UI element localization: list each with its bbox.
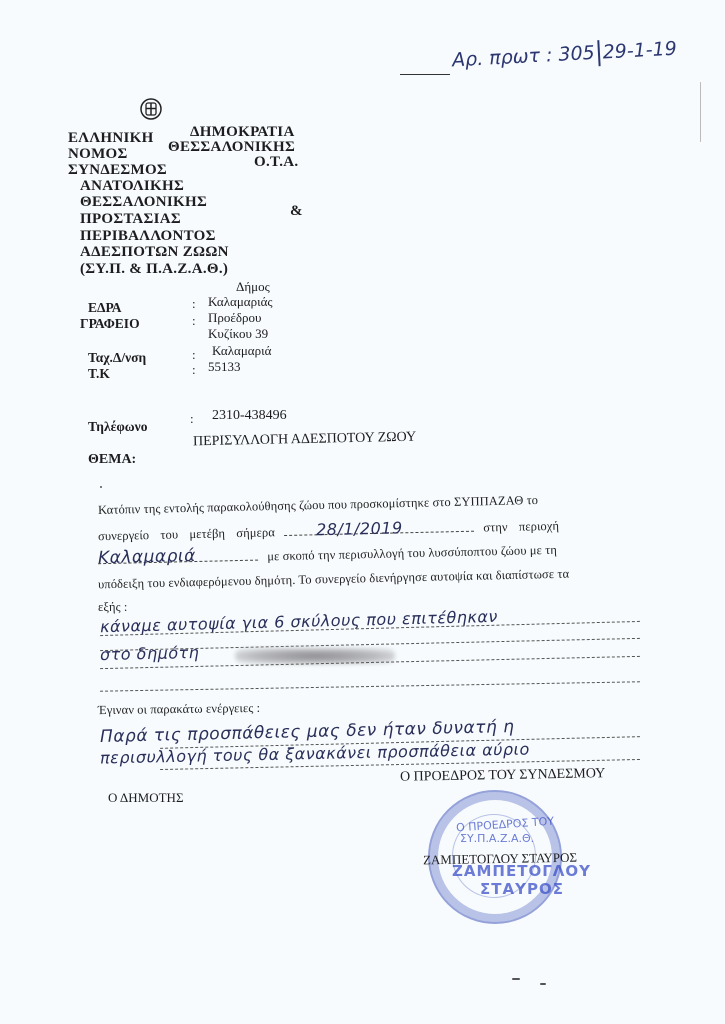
greek-coat-of-arms-icon [140,98,162,120]
zip-label: Τ.Κ [88,366,110,382]
protocol-number: Αρ. πρωτ : 30529-1-19 [451,36,677,74]
body-line-1: Κατόπιν της εντολής παρακολούθησης ζώου … [98,493,538,518]
findings-label: εξής : [98,600,128,615]
actions-label: Έγιναν οι παρακάτω ενέργειες : [98,701,260,718]
stamp-line-2: ΣΥ.Π.Α.Ζ.Α.Θ. [460,832,534,845]
findings-line-2: στο δημότη [100,643,200,664]
protocol-date: 29-1-19 [602,38,677,64]
header-line-3-right: Ο.Τ.Α. [254,154,298,171]
header-line-1: ΕΛΛΗΝΙΚΗ [68,130,154,147]
findings-line-1: κάναμε αυτοψία για 6 σκύλους που επιτέθη… [100,607,498,636]
protocol-underline [400,74,450,75]
subject-value: ΠΕΡΙΣΥΛΛΟΓΗ ΑΔΕΣΠΟΤΟΥ ΖΩΟΥ [193,430,416,451]
header-ampersand: & [290,203,303,220]
scan-speck [100,486,102,488]
president-title: Ο ΠΡΟΕΔΡΟΣ ΤΟΥ ΣΥΝΔΕΣΜΟΥ [400,766,606,786]
scan-speck [512,978,520,980]
scan-speck [540,983,546,985]
protocol-separator [597,40,600,66]
seat-value-2: Καλαμαριάς [208,294,273,309]
office-colon: : [192,313,196,328]
scanned-document: Αρ. πρωτ : 30529-1-19 ΕΛΛΗΝΙΚΗ ΔΗΜΟΚΡΑΤΙ… [0,0,725,1024]
header-line-9: (ΣΥ.Π. & Π.Α.Ζ.Α.Θ.) [80,261,228,278]
header-line-8: ΑΔΕΣΠΟΤΩΝ ΖΩΩΝ [80,244,229,261]
header-line-7: ΠΕΡΙΒΑΛΛΟΝΤΟΣ [80,228,216,245]
seat-label: ΕΔΡΑ [88,300,121,316]
office-value-1: Προέδρου [208,310,261,325]
scan-edge [700,82,701,142]
header-line-3: ΣΥΝΔΕΣΜΟΣ [68,162,167,179]
phone-value: 2310-438496 [212,408,287,423]
findings-dotline-4 [100,681,640,691]
body-line-2: συνεργείο του μετέβη σήμερα 28/1/2019 στ… [98,519,559,544]
area-name: Καλαμαριά [98,546,196,568]
office-value-2: Κυζίκου 39 [208,326,268,341]
stamp-line-4: ΣΤΑΥΡΟΣ [480,880,564,898]
office-label: ΓΡΑΦΕΙΟ [80,316,140,332]
postal-value: Καλαμαριά [212,343,271,358]
zip-colon: : [192,362,196,377]
phone-colon: : [190,411,194,426]
body-line-4: υπόδειξη του ενδιαφερόμενου δημότη. Το σ… [98,567,569,593]
citizen-signature-label: Ο ΔΗΜΟΤΗΣ [108,790,184,806]
protocol-prefix: Αρ. πρωτ : 305 [452,42,596,71]
postal-colon: : [192,347,196,362]
seat-value-1: Δήμος [236,279,270,294]
header-line-6: ΠΡΟΣΤΑΣΙΑΣ [80,211,181,228]
visit-date: 28/1/2019 [316,518,403,539]
stamp-line-3: ΖΑΜΠΕΤΟΓΛΟΥ [452,862,591,880]
phone-label: Τηλέφωνο [88,419,147,435]
zip-value: 55133 [208,359,241,374]
subject-label: ΘΕΜΑ: [88,452,136,468]
header-line-4: ΑΝΑΤΟΛΙΚΗΣ [80,178,184,195]
seat-colon: : [192,296,196,311]
header-line-2: ΝΟΜΟΣ [68,146,128,163]
header-line-5: ΘΕΣΣΑΛΟΝΙΚΗΣ [80,194,207,211]
body-line-3: Καλαμαριά με σκοπό την περισυλλογή του λ… [98,543,557,568]
postal-label: Ταχ.Δ/νση [88,350,146,366]
